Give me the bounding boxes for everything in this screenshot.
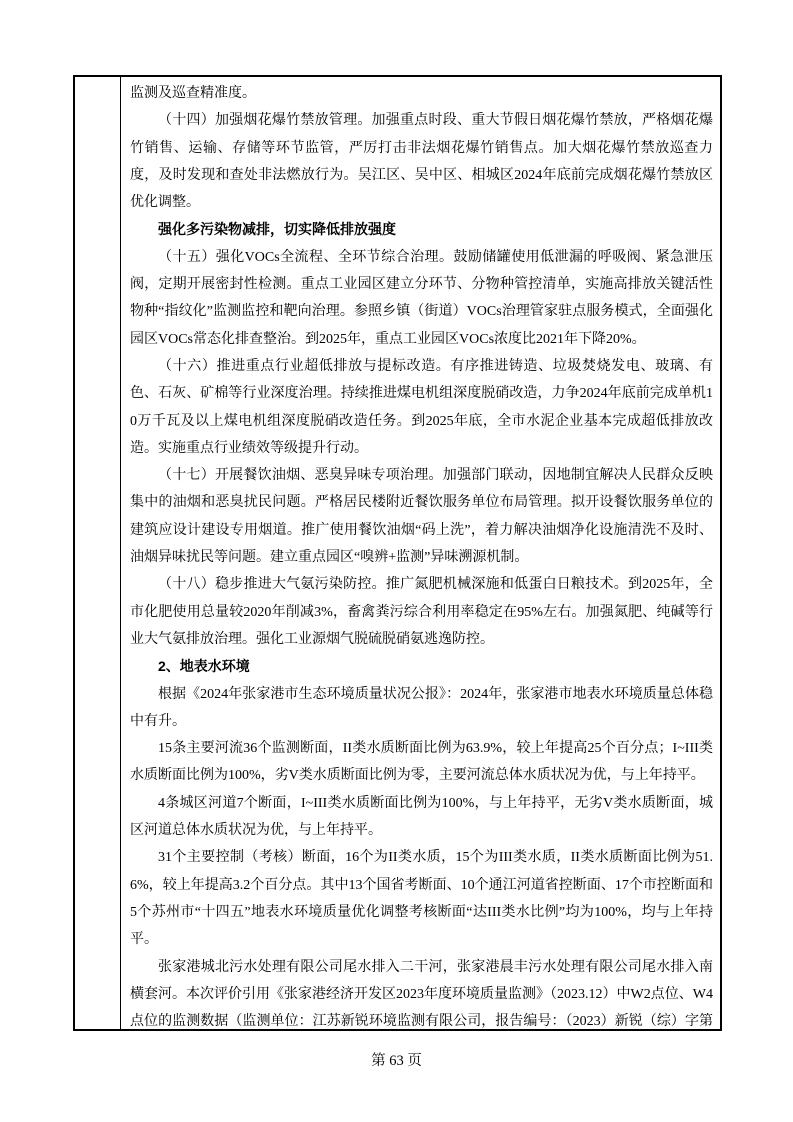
paragraph-wastewater-monitoring: 张家港城北污水处理有限公司尾水排入二干河，张家港晨丰污水处理有限公司尾水排入南横… bbox=[130, 954, 713, 1030]
section-heading-surface-water: 2、地表水环境 bbox=[130, 653, 713, 680]
table-content-cell: 监测及巡查精准度。 （十四）加强烟花爆竹禁放管理。加强重点时段、重大节假日烟花爆… bbox=[121, 77, 720, 1029]
paragraph-item-16-ultra-low-emission: （十六）推进重点行业超低排放与提标改造。有序推进铸造、垃圾焚烧发电、玻璃、有色、… bbox=[130, 353, 713, 462]
document-table: 监测及巡查精准度。 （十四）加强烟花爆竹禁放管理。加强重点时段、重大节假日烟花爆… bbox=[73, 75, 722, 1031]
section-heading-multi-pollutant: 强化多污染物减排，切实降低排放强度 bbox=[130, 216, 713, 243]
paragraph-item-14-fireworks: （十四）加强烟花爆竹禁放管理。加强重点时段、重大节假日烟花爆竹禁放，严格烟花爆竹… bbox=[130, 107, 713, 216]
page-footer: 第 63 页 bbox=[0, 1050, 793, 1072]
paragraph-continuation: 监测及巡查精准度。 bbox=[130, 80, 713, 107]
paragraph-urban-rivers: 4条城区河道7个断面，I~III类水质断面比例为100%，与上年持平，无劣V类水… bbox=[130, 790, 713, 845]
paragraph-bulletin-2024: 根据《2024年张家港市生态环境质量状况公报》：2024年，张家港市地表水环境质… bbox=[130, 681, 713, 736]
paragraph-main-rivers: 15条主要河流36个监测断面，II类水质断面比例为63.9%，较上年提高25个百… bbox=[130, 735, 713, 790]
paragraph-control-sections: 31个主要控制（考核）断面，16个为II类水质，15个为III类水质，II类水质… bbox=[130, 844, 713, 953]
paragraph-item-17-cooking-fume: （十七）开展餐饮油烟、恶臭异味专项治理。加强部门联动，因地制宜解决人民群众反映集… bbox=[130, 462, 713, 571]
table-left-empty-cell bbox=[75, 77, 121, 1029]
paragraph-item-15-vocs: （十五）强化VOCs全流程、全环节综合治理。鼓励储罐使用低泄漏的呼吸阀、紧急泄压… bbox=[130, 244, 713, 353]
paragraph-item-18-ammonia: （十八）稳步推进大气氨污染防控。推广氮肥机械深施和低蛋白日粮技术。到2025年，… bbox=[130, 571, 713, 653]
